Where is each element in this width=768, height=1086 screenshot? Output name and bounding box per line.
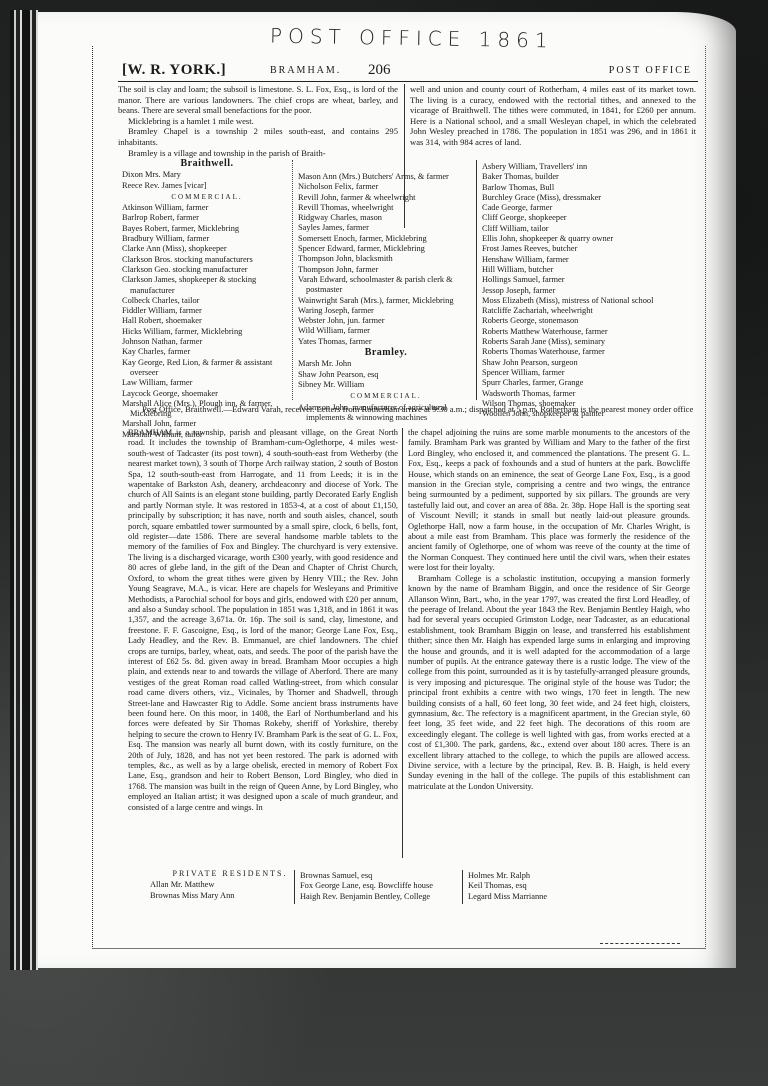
- directory-entry: Thompson John, farmer: [298, 265, 474, 275]
- column-rule: [462, 870, 463, 904]
- directory-entry: Asbery William, Travellers' inn: [482, 162, 682, 172]
- directory-entry: Barlrop Robert, farmer: [122, 213, 292, 223]
- resident-entry: Allan Mr. Matthew: [150, 880, 310, 890]
- publication-label: POST OFFICE: [609, 65, 692, 76]
- header-rule: [118, 81, 698, 82]
- directory-entry: Thompson John, blacksmith: [298, 254, 474, 264]
- directory-entry: Henshaw William, farmer: [482, 255, 682, 265]
- directory-entry: Yates Thomas, farmer: [298, 337, 474, 347]
- resident-entry: Holmes Mr. Ralph: [468, 871, 638, 881]
- directory-entry: Hicks William, farmer, Micklebring: [122, 327, 292, 337]
- resident-entry: Fox George Lane, esq. Bowcliffe house: [300, 881, 470, 891]
- private-residents-col-1: PRIVATE RESIDENTS. Allan Mr. Matthew Bro…: [150, 868, 310, 901]
- page-number: 206: [368, 62, 391, 79]
- section-heading-braithwell: Braithwell.: [122, 159, 292, 169]
- directory-column-1: Braithwell.Dixon Mrs. MaryReece Rev. Jam…: [122, 158, 292, 440]
- directory-entry: Nicholson Felix, farmer: [298, 182, 474, 192]
- resident-entry: Brownas Samuel, esq: [300, 871, 470, 881]
- bramham-left-column: BRAMHAM is a township, parish and pleasa…: [128, 428, 398, 813]
- post-office-note: Post Office, Braithwell.—Edward Varah, r…: [142, 404, 702, 415]
- intro-right-text: well and union and county court of Rothe…: [410, 84, 696, 148]
- directory-entry: Wainwright Sarah (Mrs.), farmer, Mickleb…: [298, 296, 474, 306]
- directory-entry: Bayes Robert, farmer, Micklebring: [122, 224, 292, 234]
- directory-column-2: Mason Ann (Mrs.) Butchers' Arms, & farme…: [298, 172, 474, 423]
- running-head: [W. R. YORK.] BRAMHAM. 206 POST OFFICE: [110, 62, 702, 80]
- private-residents-col-2: Brownas Samuel, esq Fox George Lane, esq…: [300, 871, 470, 902]
- directory-entry: Sayles James, farmer: [298, 223, 474, 233]
- directory-entry: Moss Elizabeth (Miss), mistress of Natio…: [482, 296, 682, 306]
- intro-paragraph: Bramley is a village and township in the…: [118, 148, 398, 159]
- bramham-park-text: the chapel adjoining the ruins are some …: [408, 428, 690, 574]
- directory-entry: Johnson Nathan, farmer: [122, 337, 292, 347]
- resident-entry: Haigh Rev. Benjamin Bentley, College: [300, 892, 470, 902]
- bottom-rule: [600, 943, 680, 944]
- directory-entry: Spencer Edward, farmer, Micklebring: [298, 244, 474, 254]
- handwritten-note: POST OFFICE 1861: [270, 24, 554, 53]
- directory-entry: Marsh Mr. John: [298, 359, 474, 369]
- directory-entry: Fiddler William, farmer: [122, 306, 292, 316]
- directory-entry: Baker Thomas, builder: [482, 172, 682, 182]
- directory-entry: Mason Ann (Mrs.) Butchers' Arms, & farme…: [298, 172, 474, 182]
- resident-entry: Legard Miss Marrianne: [468, 892, 638, 902]
- directory-entry: Clarkson Geo. stocking manufacturer: [122, 265, 292, 275]
- region-label: [W. R. YORK.]: [122, 62, 226, 79]
- directory-entry: Webster John, jun. farmer: [298, 316, 474, 326]
- commercial-heading: COMMERCIAL.: [122, 192, 292, 202]
- column-rule: [476, 160, 477, 400]
- directory-entry: Roberts George, stonemason: [482, 316, 682, 326]
- directory-entry: Ridgway Charles, mason: [298, 213, 474, 223]
- directory-entry: Shaw John Pearson, surgeon: [482, 358, 682, 368]
- directory-entry: Wild William, farmer: [298, 326, 474, 336]
- directory-entry: Cade George, farmer: [482, 203, 682, 213]
- directory-entry: Clarkson James, shopkeeper & stocking ma…: [122, 275, 292, 296]
- directory-entry: Dixon Mrs. Mary: [122, 170, 292, 180]
- directory-entry: Ellis John, shopkeeper & quarry owner: [482, 234, 682, 244]
- directory-entry: Wadsworth Thomas, farmer: [482, 389, 682, 399]
- directory-entry: Kay George, Red Lion, & farmer & assista…: [122, 358, 292, 379]
- directory-entry: Burchley Grace (Miss), dressmaker: [482, 193, 682, 203]
- directory-entry: Hollings Samuel, farmer: [482, 275, 682, 285]
- directory-entry: Shaw John Pearson, esq: [298, 370, 474, 380]
- directory-entry: Varah Edward, schoolmaster & parish cler…: [298, 275, 474, 296]
- section-heading-bramley: Bramley.: [298, 348, 474, 358]
- place-label: BRAMHAM.: [270, 65, 341, 76]
- directory-entry: Clarkson Bros. stocking manufacturers: [122, 255, 292, 265]
- directory-entry: Hill William, butcher: [482, 265, 682, 275]
- directory-entry: Hall Robert, shoemaker: [122, 316, 292, 326]
- directory-entry: Roberts Sarah Jane (Miss), seminary: [482, 337, 682, 347]
- directory-entry: Clarke Ann (Miss), shopkeeper: [122, 244, 292, 254]
- directory-entry: Roberts Matthew Waterhouse, farmer: [482, 327, 682, 337]
- intro-paragraph: The soil is clay and loam; the subsoil i…: [118, 84, 398, 116]
- directory-entry: Somersett Enoch, farmer, Micklebring: [298, 234, 474, 244]
- directory-entry: Spurr Charles, farmer, Grange: [482, 378, 682, 388]
- resident-entry: Keil Thomas, esq: [468, 881, 638, 891]
- resident-entry: Brownas Miss Mary Ann: [150, 891, 310, 901]
- directory-entry: Colbeck Charles, tailor: [122, 296, 292, 306]
- directory-entry: Frost James Reeves, butcher: [482, 244, 682, 254]
- private-residents-col-3: Holmes Mr. Ralph Keil Thomas, esq Legard…: [468, 871, 638, 902]
- directory-entry: Spencer William, farmer: [482, 368, 682, 378]
- bramham-college-text: Bramham College is a scholastic institut…: [408, 574, 690, 793]
- book-binding: [10, 10, 38, 970]
- private-residents-heading: PRIVATE RESIDENTS.: [150, 869, 310, 879]
- directory-entry: Kay Charles, farmer: [122, 347, 292, 357]
- bramham-right-column: the chapel adjoining the ruins are some …: [408, 428, 690, 792]
- directory-entry: Reece Rev. James [vicar]: [122, 181, 292, 191]
- column-rule: [402, 428, 403, 858]
- commercial-heading: COMMERCIAL.: [298, 391, 474, 401]
- column-rule: [292, 160, 293, 400]
- directory-entry: Sibney Mr. William: [298, 380, 474, 390]
- directory-entry: Atkinson William, farmer: [122, 203, 292, 213]
- column-rule: [294, 870, 295, 904]
- directory-entry: Jessop Joseph, farmer: [482, 286, 682, 296]
- directory-column-3: Asbery William, Travellers' innBaker Tho…: [482, 162, 682, 419]
- directory-entry: Cliff George, shopkeeper: [482, 213, 682, 223]
- directory-entry: Revill Thomas, wheelwright: [298, 203, 474, 213]
- directory-entry: Bradbury William, farmer: [122, 234, 292, 244]
- directory-entry: Ratcliffe Zachariah, wheelwright: [482, 306, 682, 316]
- directory-entry: Waring Joseph, farmer: [298, 306, 474, 316]
- intro-left-column: The soil is clay and loam; the subsoil i…: [118, 84, 398, 158]
- intro-paragraph: Micklebring is a hamlet 1 mile west.: [118, 116, 398, 127]
- bramham-description: BRAMHAM is a township, parish and pleasa…: [128, 428, 398, 813]
- intro-right-column: well and union and county court of Rothe…: [410, 84, 696, 148]
- intro-paragraph: Bramley Chapel is a township 2 miles sou…: [118, 126, 398, 147]
- directory-entry: Revill John, farmer & wheelwright: [298, 193, 474, 203]
- directory-entry: Barlow Thomas, Bull: [482, 183, 682, 193]
- directory-entry: Cliff William, tailor: [482, 224, 682, 234]
- directory-entry: Law William, farmer: [122, 378, 292, 388]
- directory-entry: Roberts Thomas Waterhouse, farmer: [482, 347, 682, 357]
- directory-entry: Laycock George, shoemaker: [122, 389, 292, 399]
